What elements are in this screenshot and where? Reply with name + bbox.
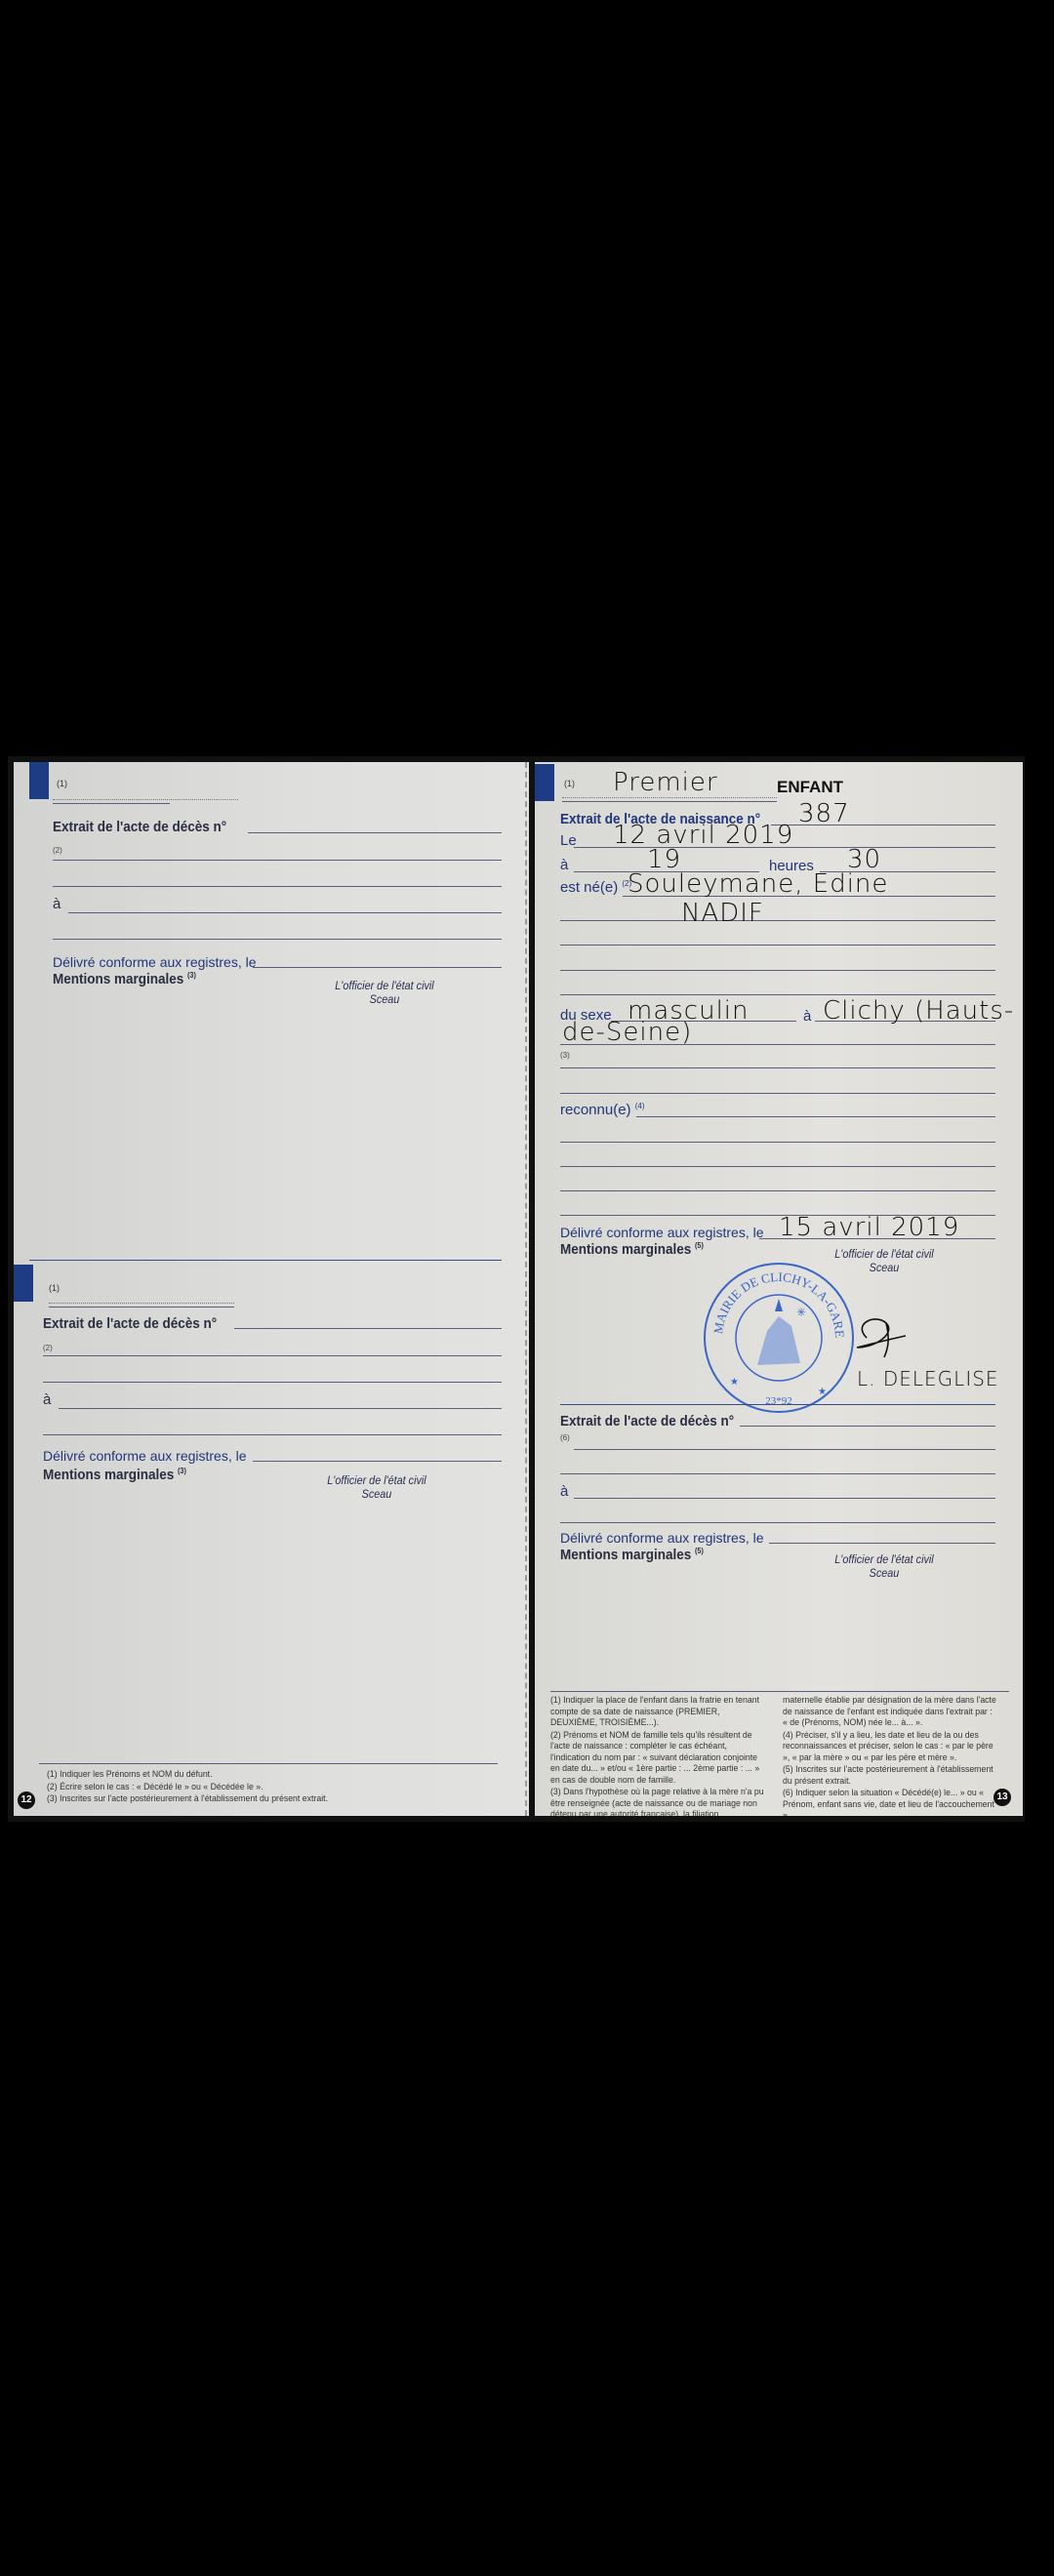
signature-icon bbox=[847, 1308, 925, 1367]
footnote-ref: (1) bbox=[564, 779, 575, 788]
field-line[interactable] bbox=[43, 1434, 502, 1435]
left-page: (1) Extrait de l'acte de décès n° (2) à … bbox=[14, 762, 529, 1816]
death-extract-title: Extrait de l'acte de décès n° bbox=[560, 1413, 734, 1429]
section-divider bbox=[29, 1260, 502, 1261]
place-field[interactable] bbox=[574, 1498, 995, 1499]
rank-value: Premier bbox=[613, 768, 718, 797]
recognized-label: reconnu(e) (4) bbox=[560, 1102, 645, 1118]
death-number-field[interactable] bbox=[234, 1328, 502, 1329]
a-label: à bbox=[43, 1391, 51, 1408]
birth-date: 12 avril 2019 bbox=[613, 821, 793, 850]
divider bbox=[49, 1307, 234, 1308]
mentions-label: Mentions marginales (5) bbox=[560, 1241, 704, 1258]
delivered-label: Délivré conforme aux registres, le bbox=[560, 1225, 764, 1240]
field-line[interactable] bbox=[560, 920, 995, 921]
field-line[interactable] bbox=[560, 945, 995, 946]
footnote-ref: (2) bbox=[53, 846, 62, 855]
a-label: à bbox=[560, 1483, 568, 1500]
field-line[interactable] bbox=[560, 1142, 995, 1143]
field-line[interactable] bbox=[53, 886, 502, 887]
field-line[interactable] bbox=[560, 1473, 995, 1474]
svg-text:★: ★ bbox=[730, 1377, 739, 1388]
officer-label: L'officier de l'état civilSceau bbox=[305, 979, 464, 1006]
given-names: Souleymane, Edine bbox=[628, 869, 888, 899]
born-label: est né(e) (2) bbox=[560, 879, 631, 896]
footnote-ref: (1) bbox=[57, 779, 67, 788]
footnote-divider bbox=[550, 1691, 1009, 1692]
a-label: à bbox=[53, 896, 61, 912]
mentions-label: Mentions marginales (3) bbox=[53, 971, 196, 987]
footnote-ref: (2) bbox=[43, 1344, 53, 1352]
death-extract-title: Extrait de l'acte de décès n° bbox=[43, 1315, 217, 1332]
delivered-date-field[interactable] bbox=[253, 1461, 502, 1462]
delivered-label: Délivré conforme aux registres, le bbox=[53, 954, 257, 970]
field-line[interactable] bbox=[574, 1449, 995, 1450]
divider bbox=[53, 803, 170, 804]
livret-de-famille: (1) Extrait de l'acte de décès n° (2) à … bbox=[8, 756, 1025, 1822]
place-field[interactable] bbox=[59, 1408, 502, 1409]
perforation bbox=[525, 762, 527, 1816]
field-line[interactable] bbox=[53, 939, 502, 940]
section-divider bbox=[560, 1404, 995, 1405]
field-line[interactable] bbox=[53, 860, 502, 861]
section-tab bbox=[14, 1265, 33, 1302]
signatory-name: L. DELEGLISE bbox=[857, 1367, 999, 1390]
rank-field[interactable] bbox=[562, 797, 777, 798]
death-number-field[interactable] bbox=[248, 832, 502, 833]
field-line[interactable] bbox=[43, 1382, 502, 1383]
field-line[interactable] bbox=[560, 1093, 995, 1094]
name-line bbox=[49, 1303, 234, 1304]
section-tab bbox=[29, 762, 49, 799]
surname: NADIF bbox=[681, 899, 764, 928]
officer-label: L'officier de l'état civilSceau bbox=[805, 1552, 963, 1580]
death-extract-title: Extrait de l'acte de décès n° bbox=[53, 819, 226, 835]
right-page: (1) Premier ENFANT Extrait de l'acte de … bbox=[535, 762, 1023, 1816]
delivered-date-field[interactable] bbox=[253, 967, 502, 968]
a-label: à bbox=[560, 857, 568, 873]
delivered-date: 15 avril 2019 bbox=[779, 1213, 959, 1242]
mentions-label: Mentions marginales (3) bbox=[43, 1467, 186, 1483]
divider bbox=[562, 801, 777, 802]
delivered-label: Délivré conforme aux registres, le bbox=[43, 1448, 247, 1464]
place-value-continued: de-Seine) bbox=[562, 1018, 692, 1047]
page-number: 13 bbox=[993, 1789, 1011, 1806]
page-number: 12 bbox=[18, 1791, 35, 1809]
delivered-label: Délivré conforme aux registres, le bbox=[560, 1530, 764, 1546]
mairie-stamp-icon: MAIRIE DE CLICHY-LA-GARENNE 23*92 ✳ ★ ★ bbox=[699, 1258, 860, 1419]
section-tab bbox=[535, 764, 554, 801]
footnote-ref: (1) bbox=[49, 1283, 60, 1293]
place-field[interactable] bbox=[68, 912, 502, 913]
delivered-date-field[interactable] bbox=[769, 1543, 995, 1544]
svg-text:★: ★ bbox=[818, 1387, 827, 1397]
enfant-label: ENFANT bbox=[777, 778, 843, 797]
footnote-divider bbox=[39, 1763, 498, 1764]
field-line[interactable] bbox=[560, 1067, 995, 1068]
svg-text:23*92: 23*92 bbox=[765, 1395, 792, 1407]
birth-number: 387 bbox=[798, 799, 850, 828]
officer-label: L'officier de l'état civilSceau bbox=[298, 1473, 456, 1501]
mentions-label: Mentions marginales (5) bbox=[560, 1547, 704, 1563]
footnotes-col-1: (1) Indiquer la place de l'enfant dans l… bbox=[550, 1695, 766, 1816]
footnote-ref: (6) bbox=[560, 1433, 570, 1442]
recognized-field[interactable] bbox=[636, 1116, 995, 1117]
footnote-ref: (3) bbox=[560, 1051, 570, 1060]
svg-text:✳: ✳ bbox=[796, 1306, 806, 1319]
field-line[interactable] bbox=[560, 1190, 995, 1191]
field-line[interactable] bbox=[560, 970, 995, 971]
place-value: Clichy (Hauts- bbox=[823, 996, 1014, 1026]
name-line bbox=[53, 799, 238, 800]
field-line[interactable] bbox=[560, 1522, 995, 1523]
footnotes-col-2: maternelle établie par désignation de la… bbox=[783, 1695, 998, 1816]
death-number-field[interactable] bbox=[740, 1426, 995, 1427]
field-line[interactable] bbox=[43, 1355, 502, 1356]
field-line[interactable] bbox=[560, 994, 995, 995]
field-line[interactable] bbox=[560, 1044, 995, 1045]
place-label: à bbox=[803, 1008, 811, 1025]
field-line[interactable] bbox=[560, 1166, 995, 1167]
footnotes: (1) Indiquer les Prénoms et NOM du défun… bbox=[47, 1769, 478, 1806]
